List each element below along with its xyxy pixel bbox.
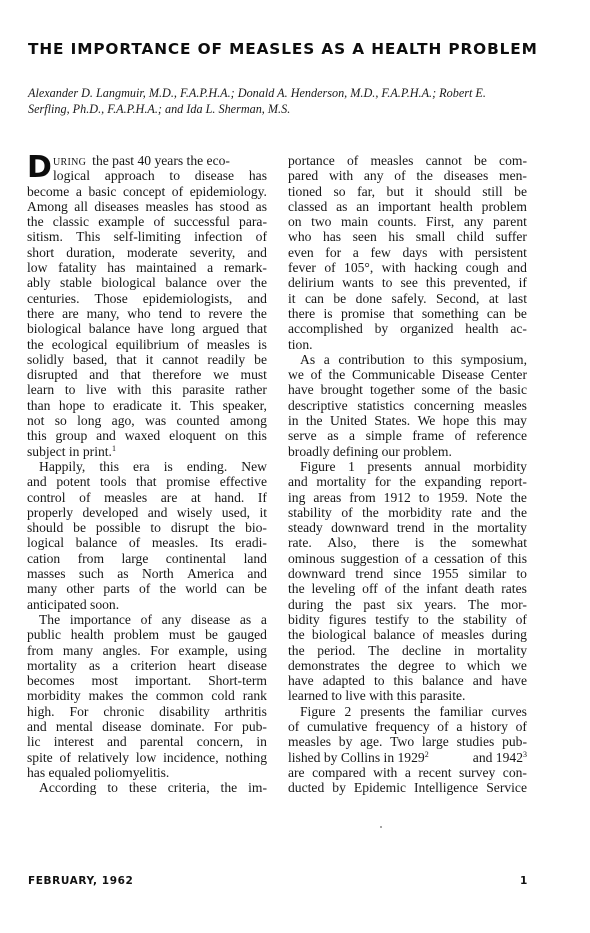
small-caps-word: uring [53,153,86,168]
text-line: haveadaptedtothisbalanceandhave [288,673,527,688]
text-line: theecologicalequilibriumofmeaslesis [27,337,267,352]
text-line: disruptedandthatthereforewemust [27,367,267,382]
text-line: portanceofmeaslescannotbecom- [288,153,527,168]
text-line: licinterestandparentalconcern,in [27,734,267,749]
text-line: andpotenttoolsthatpromiseeffective [27,474,267,489]
left-column: D uringthe past 40 years the eco- logica… [27,153,267,795]
text-line: properlydevelopedandwiselyused,it [27,505,267,520]
text-line: ontwomaincounts.First,anyparent [288,214,527,229]
text-line: cationfromlargecontinentalland [27,551,267,566]
text-line: shouldbepossibletodisruptthebio- [27,520,267,535]
text-line: mortalityasacriterionheartdisease [27,658,267,673]
text-line: lowfatalityhasmaintainedaremark- [27,260,267,275]
print-speck [380,826,382,828]
text-line: classedasanimportanthealthproblem [288,199,527,214]
text-line: subject in print.1 [27,444,267,459]
opening-paragraph: D uringthe past 40 years the eco- logica… [27,153,267,184]
text-line: sitism.Thisself-limitinginfectionof [27,229,267,244]
right-column: portanceofmeaslescannotbecom- paredwitha… [288,153,527,795]
text-line: thelevelingoffoftheinfantdeathrates [288,581,527,596]
text-line: thebiologicalbalanceofmeaslesduring [288,627,527,642]
text-line: has equaled poliomyelitis. [27,765,267,780]
author-line-2: Serfling, Ph.D., F.A.P.H.A.; and Ida L. … [28,102,528,118]
journal-page: THE IMPORTANCE OF MEASLES AS A HEALTH PR… [0,0,590,933]
text-line: descriptivestatisticsconcerningmeasles [288,398,527,413]
text-line: downwardtrendsince1955similarto [288,566,527,581]
text-line: tionedsofar,butitshouldstillbe [288,184,527,199]
drop-cap: D [27,154,52,182]
text-line: uringthe past 40 years the eco- [27,153,267,168]
text-line: morbiditymakesthecommoncoldrank [27,688,267,703]
text-line: spiteofrelativelylowincidence,nothing [27,750,267,765]
text-line: publichealthproblemmustbegauged [27,627,267,642]
text-line: thisgroupandwaxedeloquentonthis [27,428,267,443]
text-line: learntolivewiththisparasiterather [27,382,267,397]
text-line: lished by Collins in 19292 and 19423 [288,750,527,765]
text-line: duringthepastsixyears.Themor- [288,597,527,612]
text-line: theperiod.Thedeclineinmortality [288,643,527,658]
text-line: centuries.Thoseepidemiologists,and [27,291,267,306]
text-line: accomplishedbyorganizedhealthac- [288,321,527,336]
article-title: THE IMPORTANCE OF MEASLES AS A HEALTH PR… [28,40,568,58]
text-line: ablystablebiologicalbalanceoverthe [27,275,267,290]
text-line: whohasseenhissmallchildsuffer [288,229,527,244]
text-line: measlesbyage.Twolargestudiespub- [288,734,527,749]
text-line: ominoussuggestionofacessationofthis [288,551,527,566]
text-line: demonstratesthedegreetowhichwe [288,658,527,673]
text-line: steadydownwardtrendinthemortality [288,520,527,535]
text-line: bidityfigurestestifytothestabilityof [288,612,527,627]
text-line: thereispromisethatsomethingcanbe [288,306,527,321]
text-line: Happily,thiseraisending.New [27,459,267,474]
text-line: stabilityofthemorbidityrateandthe [288,505,527,520]
text-line: Figure2presentsthefamiliarcurves [288,704,527,719]
text-line: deliriumwantstoseethisprevented,if [288,275,527,290]
text-line: theclassicexampleofsuccessfulpara- [27,214,267,229]
text-line: manyotherpartsoftheworldcanbe [27,581,267,596]
text-line: learned to live with this parasite. [288,688,527,703]
text-line: tion. [288,337,527,352]
footnote-ref: 1 [112,444,116,453]
text-line: controlofmeaslesareathand.If [27,490,267,505]
text-line: Accordingtothesecriteria,theim- [27,780,267,795]
page-number: 1 [520,875,527,887]
text-line: notsolongago,wascountedamong [27,413,267,428]
author-line-1: Alexander D. Langmuir, M.D., F.A.P.H.A.;… [28,86,528,102]
text-line: solidlybased,thatitcannotreadilybe [27,352,267,367]
text-line: biologicalbalancehavelongarguedthat [27,321,267,336]
text-line: andmentaldiseasedominate.Forpub- [27,719,267,734]
text-line: massessuchasNorthAmericaand [27,566,267,581]
text-line: high.Forchronicdisabilityarthritis [27,704,267,719]
text-line: frommanyangles.Forexample,using [27,643,267,658]
text-line: rate.Also,thereisthesomewhat [288,535,527,550]
text-line: Amongalldiseasesmeasleshasstoodas [27,199,267,214]
text-line: itcanbedonesafely.Second,atlast [288,291,527,306]
text-line: shortduration,moderateseverity,and [27,245,267,260]
text-line: weoftheCommunicableDiseaseCenter [288,367,527,382]
text-line: havebroughttogethersomeofthebasic [288,382,527,397]
text-line: thanhopetoeradicateit.Thisspeaker, [27,398,267,413]
text-line: broadly defining our problem. [288,444,527,459]
text-line: paredwithanyofthediseasesmen- [288,168,527,183]
text-line: ductedbyEpidemicIntelligenceService [288,780,527,795]
text-line: anticipated soon. [27,597,267,612]
text-line: intheUnitedStates.Wehopethismay [288,413,527,428]
issue-date: FEBRUARY, 1962 [28,875,133,887]
text-line: arecomparedwitharecentsurveycon- [288,765,527,780]
text-line: andmortalityfortheexpandingreport- [288,474,527,489]
text-line: becomesmostimportant.Short-term [27,673,267,688]
text-line: Theimportanceofanydiseaseasa [27,612,267,627]
text-line: ingareasfrom1912to1959.Notethe [288,490,527,505]
text-line: therearemany,whotendtoreverethe [27,306,267,321]
text-line: Figure1presentsannualmorbidity [288,459,527,474]
text-line: feverof105°,withhackingcoughand [288,260,527,275]
text-line: ofcumulativefrequencyofahistoryof [288,719,527,734]
text-line: serveasasimpleframeofreference [288,428,527,443]
text-line: logicalbalanceofmeasles.Itseradi- [27,535,267,550]
footnote-ref: 2 [425,750,429,759]
text-line: becomeabasicconceptofepidemiology. [27,184,267,199]
text-line: logicalapproachtodiseasehas [27,168,267,183]
footnote-ref: 3 [523,750,527,759]
author-list: Alexander D. Langmuir, M.D., F.A.P.H.A.;… [28,86,528,117]
text-line: evenforafewdayswithpersistent [288,245,527,260]
text-line: Asacontributiontothissymposium, [288,352,527,367]
